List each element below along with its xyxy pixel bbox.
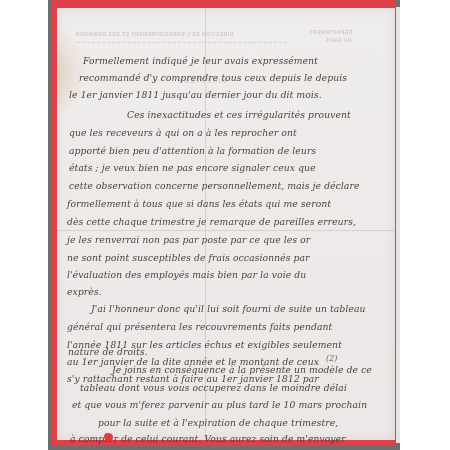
text-line: Je joins en conséquence à la présente un…	[112, 365, 372, 376]
margin-mark: (2)	[326, 354, 337, 363]
text-line: tableau dont vous vous occuperez dans le…	[80, 383, 347, 394]
text-line: pour la suite et à l'expiration de chaqu…	[98, 418, 338, 429]
paper-edge	[396, 7, 400, 443]
text-line: et que vous m'ferez parvenir au plus tar…	[72, 400, 367, 411]
red-wax-spot	[104, 433, 113, 441]
text-line: nature de droits.	[68, 347, 148, 358]
